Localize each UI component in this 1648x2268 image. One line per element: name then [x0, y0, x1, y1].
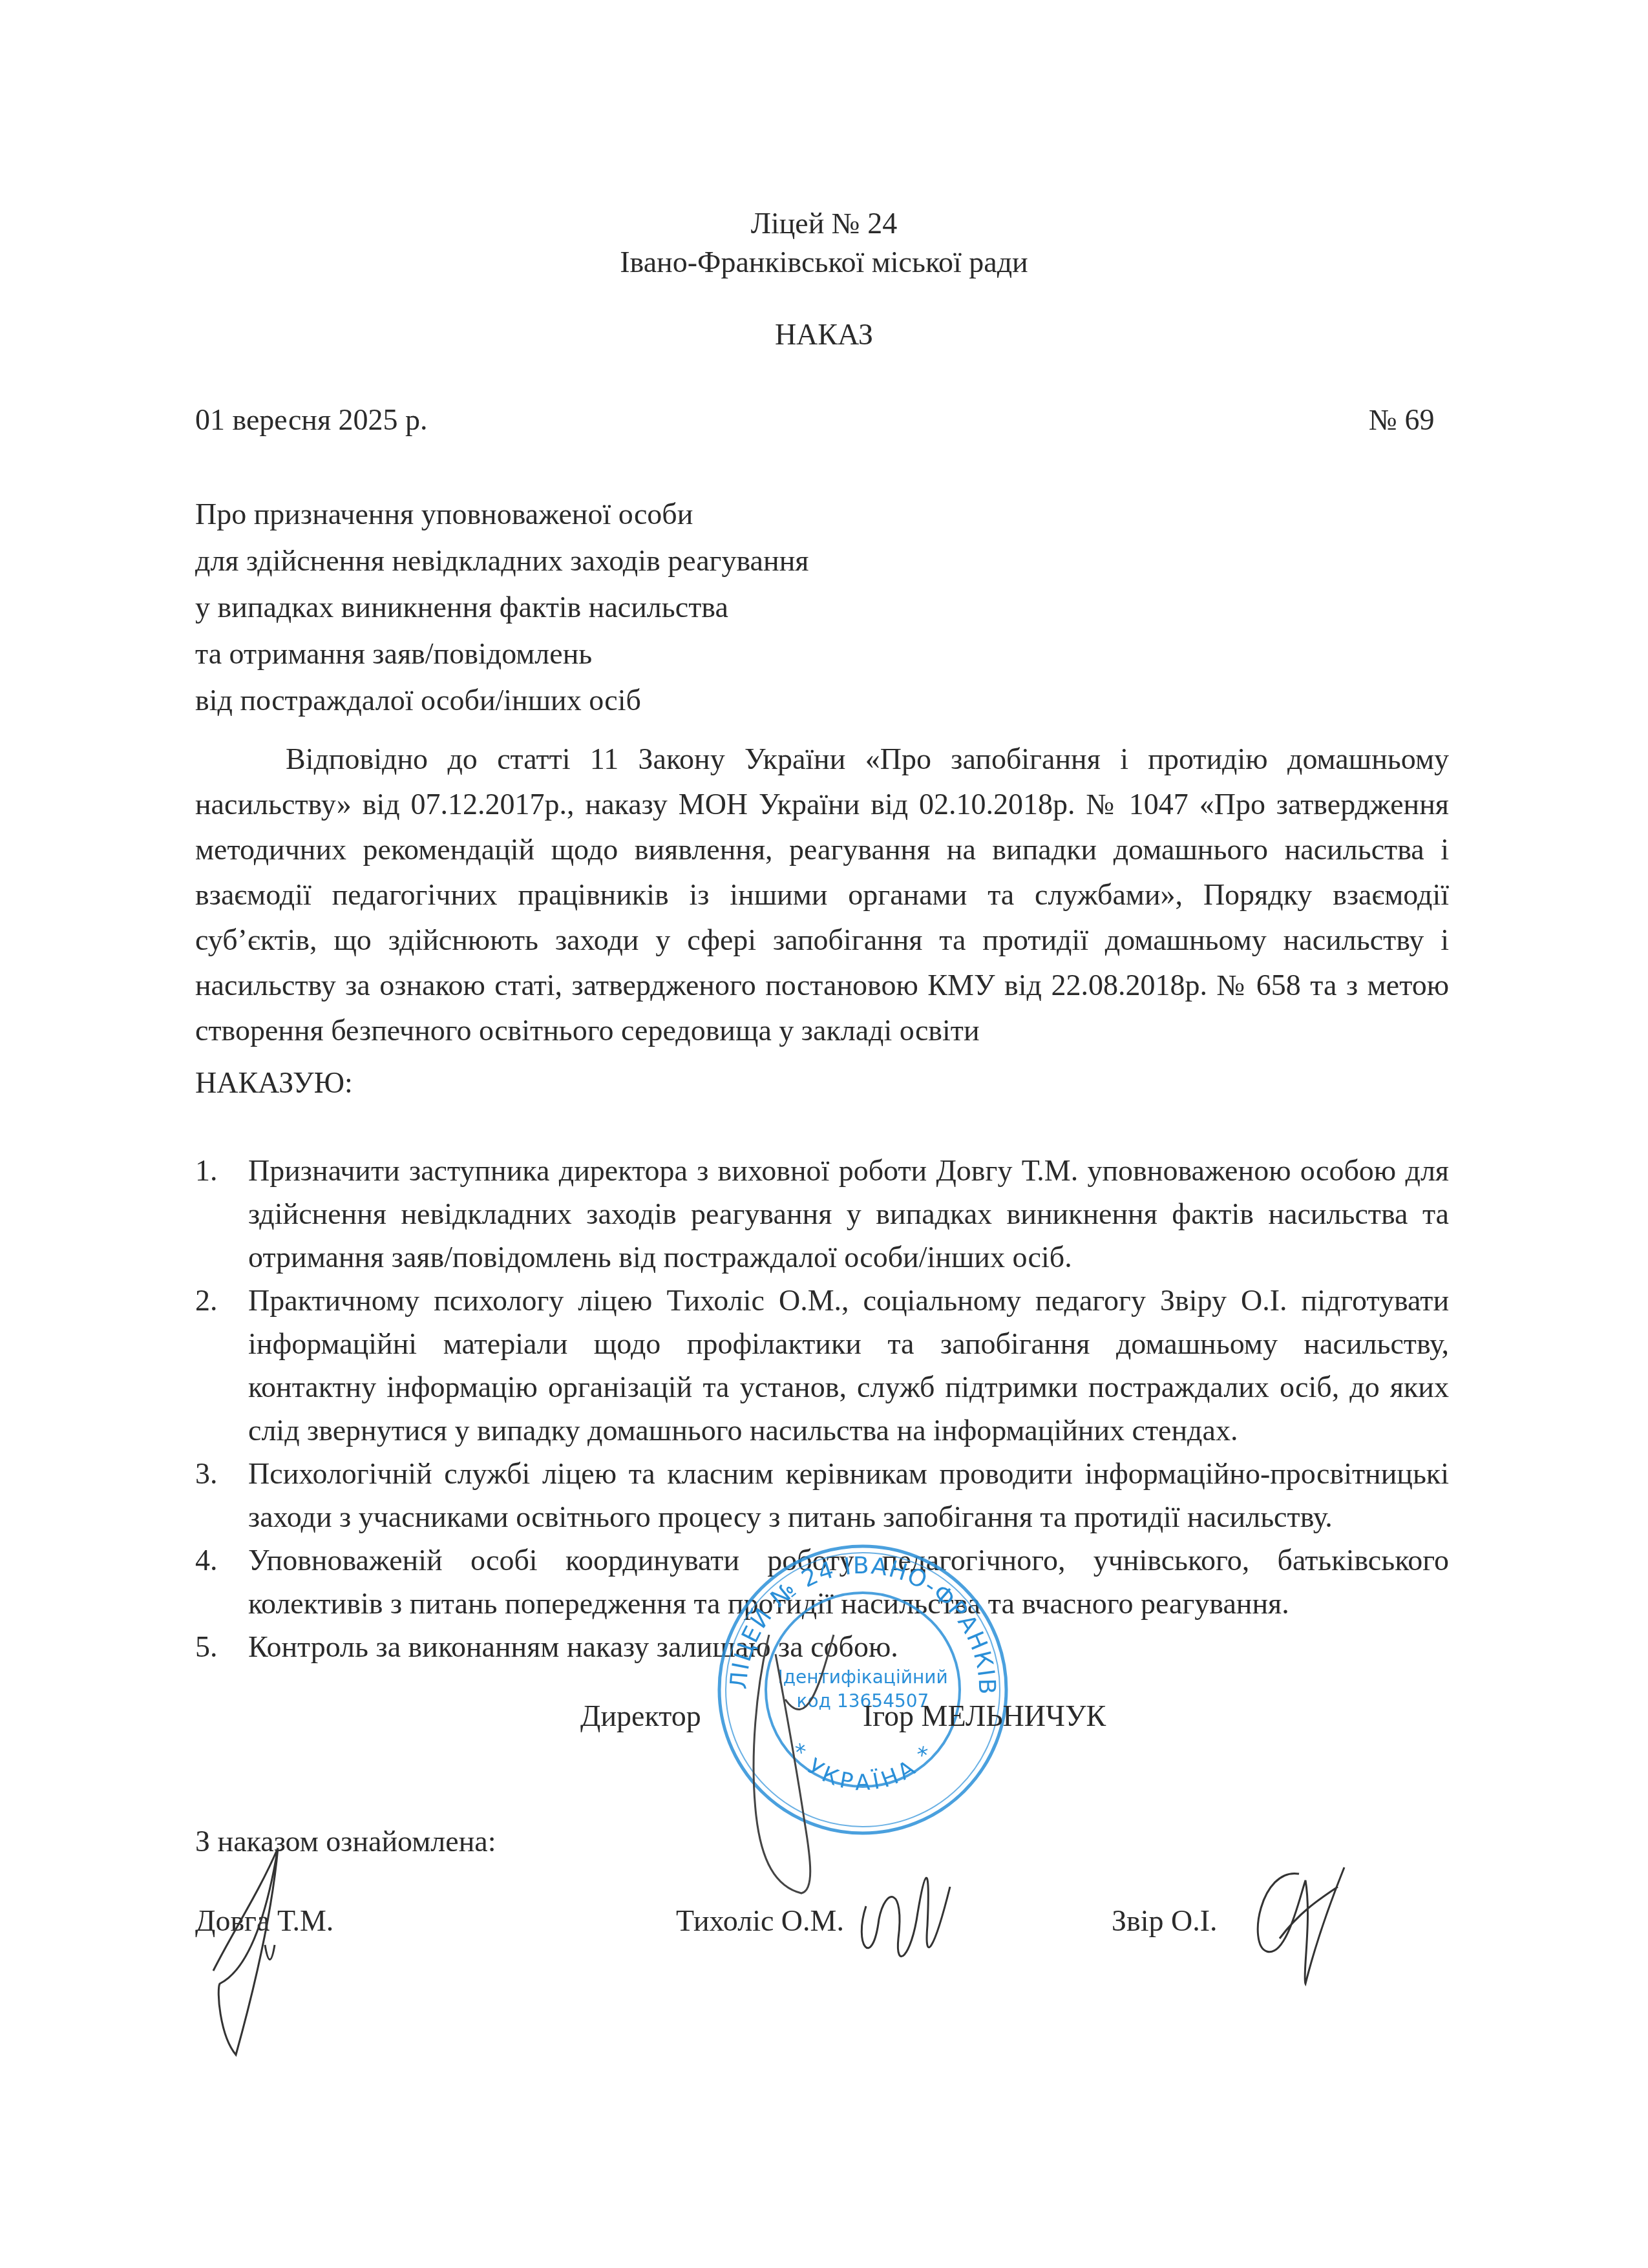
- subject-line: та отримання заяв/повідомлень: [195, 631, 808, 677]
- order-directive-word: НАКАЗУЮ:: [195, 1065, 353, 1101]
- order-number: № 69: [1369, 402, 1434, 438]
- signature-tykholis-icon: [853, 1848, 963, 1977]
- order-item: 3.Психологічній службі ліцею та класним …: [195, 1452, 1449, 1538]
- director-signature-icon: [730, 1628, 860, 1900]
- order-item: 2.Практичному психологу ліцею Тихоліс О.…: [195, 1279, 1449, 1452]
- order-subject: Про призначення уповноваженої особи для …: [195, 491, 808, 724]
- preamble-paragraph: Відповідно до статті 11 Закону України «…: [195, 737, 1449, 1053]
- document-page: Ліцей № 24 Івано-Франківської міської ра…: [0, 0, 1648, 2268]
- institution-name: Ліцей № 24: [0, 205, 1648, 242]
- signatory-name: Ігор МЕЛЬНИЧУК: [863, 1698, 1106, 1734]
- order-date: 01 вересня 2025 р.: [195, 402, 428, 438]
- signatory-position: Директор: [580, 1698, 701, 1734]
- document-type-title: НАКАЗ: [0, 317, 1648, 353]
- subject-line: для здійснення невідкладних заходів реаг…: [195, 538, 808, 584]
- acknowledged-person: Тихоліс О.М.: [676, 1903, 844, 1939]
- institution-council: Івано-Франківської міської ради: [0, 244, 1648, 280]
- acknowledged-person: Звір О.І.: [1112, 1903, 1218, 1939]
- signature-dovha-icon: [207, 1842, 310, 2061]
- subject-line: Про призначення уповноваженої особи: [195, 491, 808, 538]
- order-item: 1.Призначити заступника директора з вихо…: [195, 1149, 1449, 1279]
- signature-zvir-icon: [1241, 1861, 1357, 1990]
- subject-line: від постраждалої особи/інших осіб: [195, 677, 808, 724]
- subject-line: у випадках виникнення фактів насильства: [195, 584, 808, 631]
